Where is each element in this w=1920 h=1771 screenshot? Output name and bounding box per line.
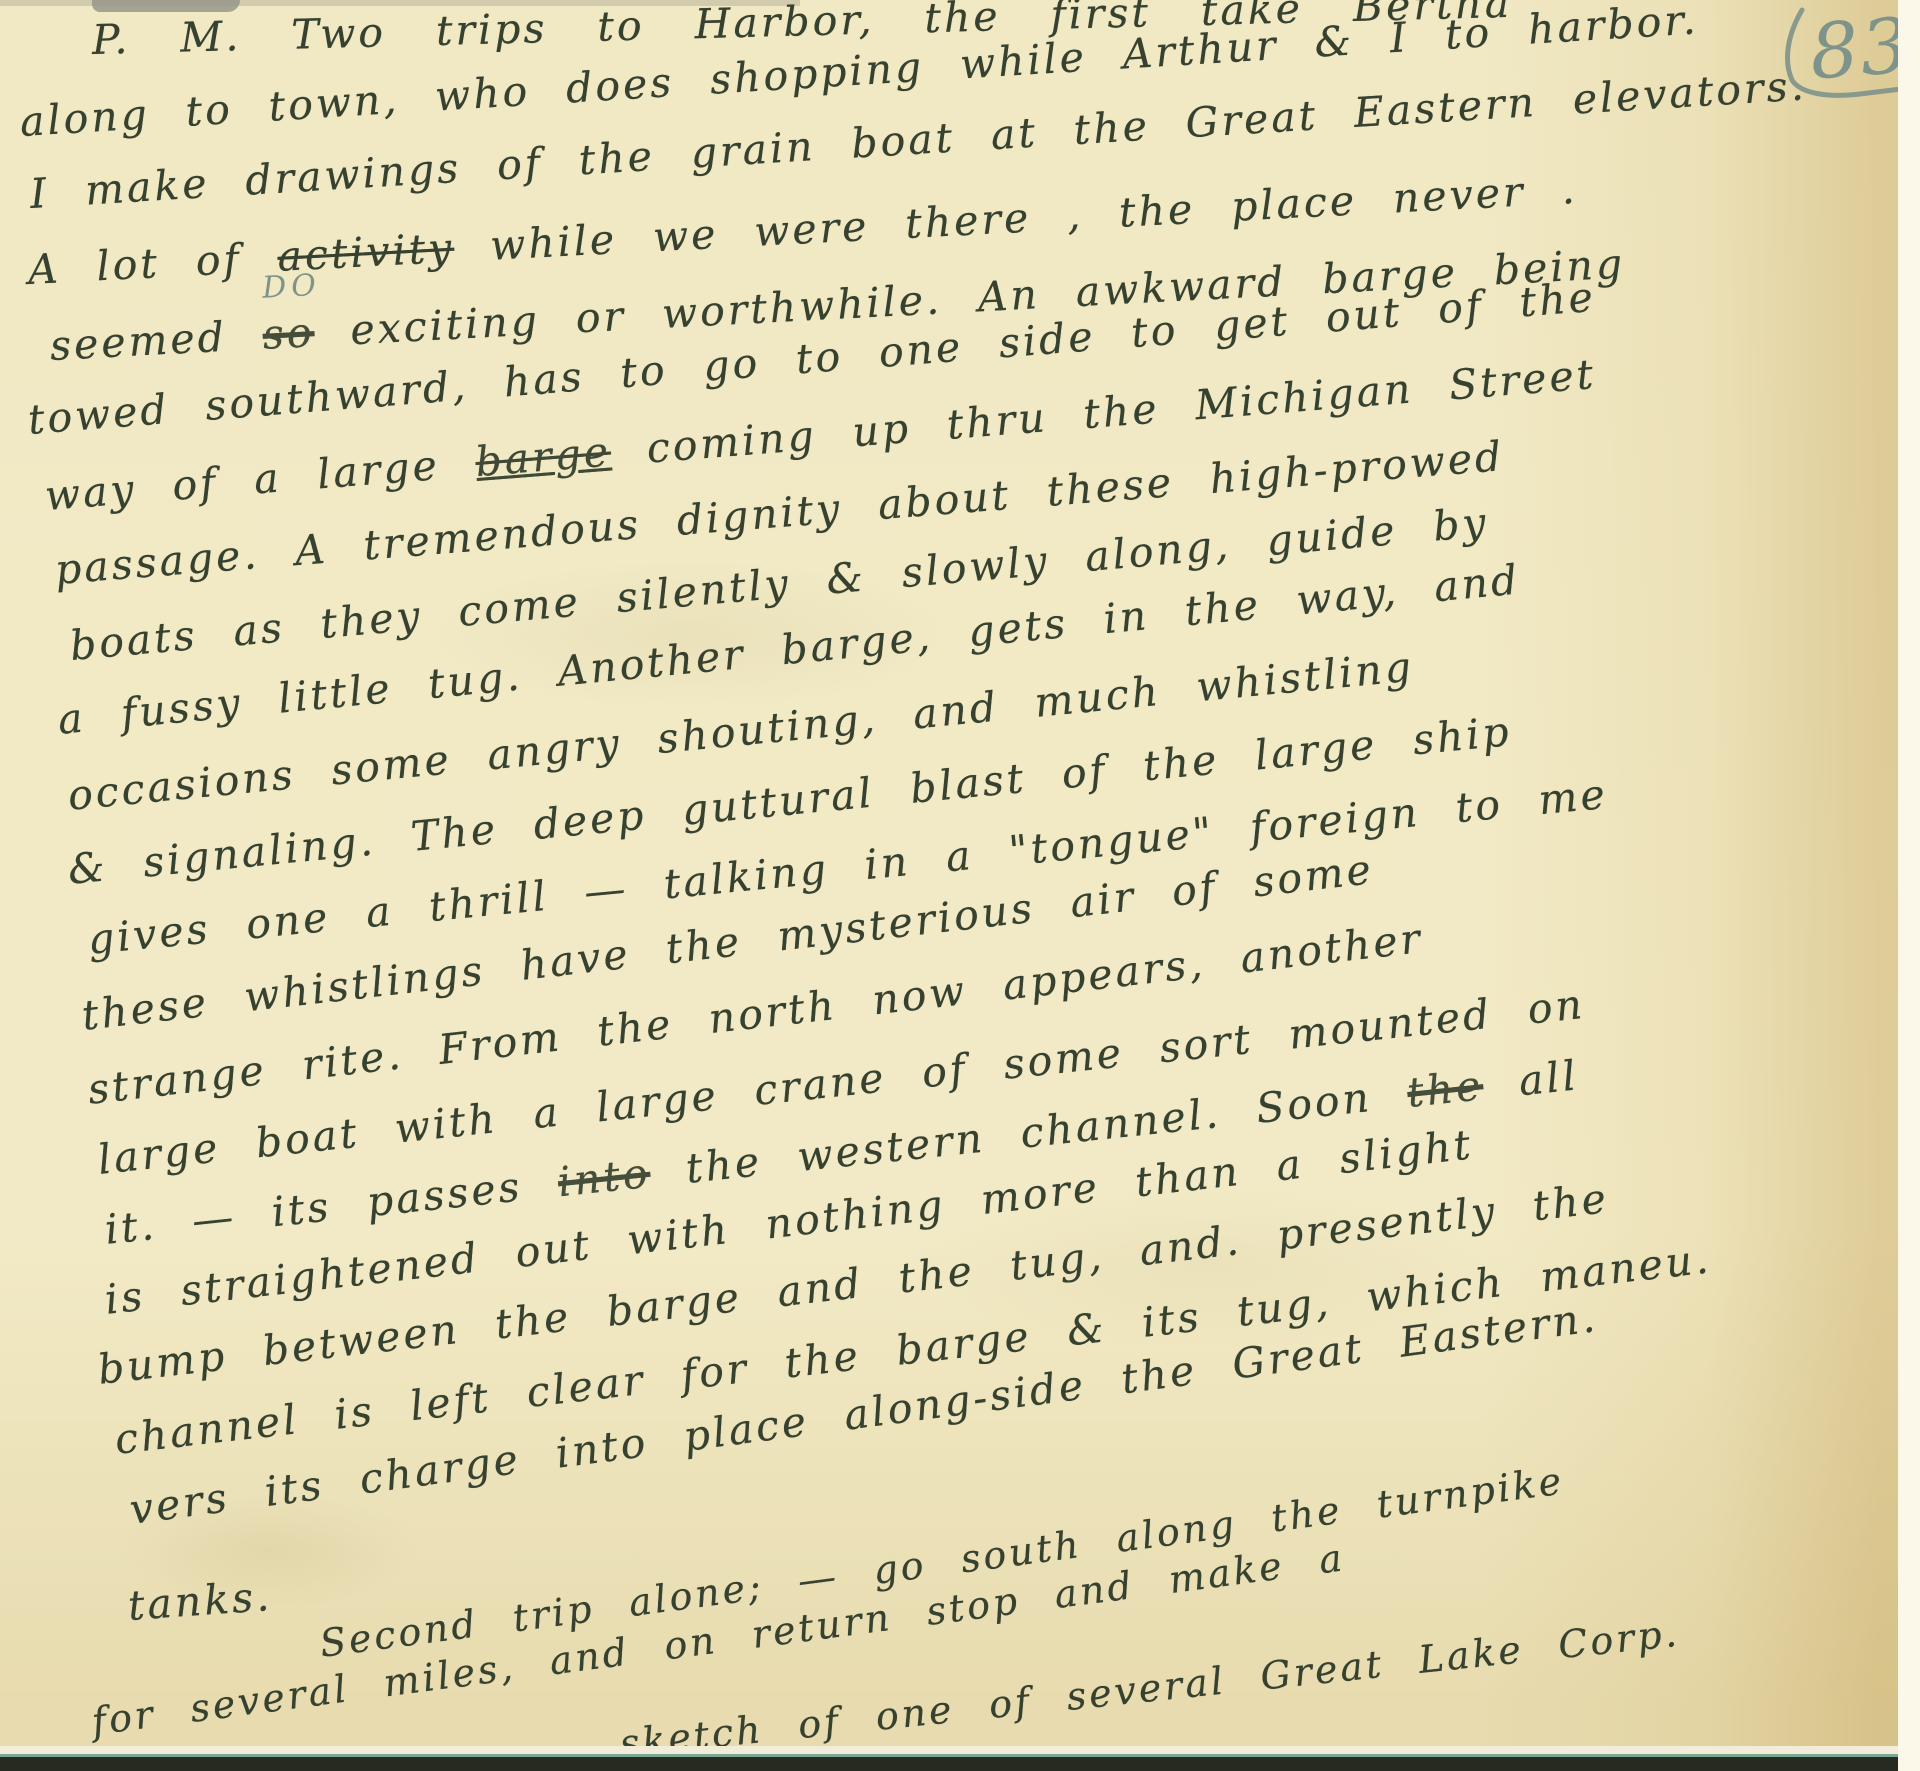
overwritten-word: barge — [474, 428, 613, 487]
struck-word: the — [1405, 1061, 1486, 1117]
line-text: Second trip alone; — go south along the … — [317, 1458, 1566, 1665]
handwritten-line: Second trip alone; — go south along the … — [317, 1458, 1566, 1665]
line-text: tanks. — [126, 1572, 273, 1630]
paper-torn-notch — [92, 0, 240, 12]
inserted-pencil-word: DO — [261, 268, 321, 306]
struck-word: so — [261, 308, 315, 359]
page-number: 83 — [1807, 1, 1898, 97]
line-text: A lot of — [27, 233, 279, 294]
handwritten-line: tanks. — [126, 1572, 273, 1630]
struck-word: into — [555, 1149, 652, 1206]
scan-right-edge — [1898, 0, 1920, 1771]
scanned-journal-page: { "page": { "number": "83", "paper_color… — [0, 0, 1920, 1771]
page-number-badge: 83 — [1778, 2, 1898, 112]
scan-bottom-edge — [0, 1746, 1920, 1754]
line-text: way of a large — [43, 438, 477, 520]
line-text: seemed — [49, 311, 264, 370]
line-text: all — [1481, 1051, 1581, 1109]
corrected-word: DOso — [261, 308, 315, 359]
paper-sheet: P. M. Two trips to Harbor, the first tak… — [0, 0, 1898, 1756]
scan-bottom-shadow — [0, 1757, 1920, 1771]
